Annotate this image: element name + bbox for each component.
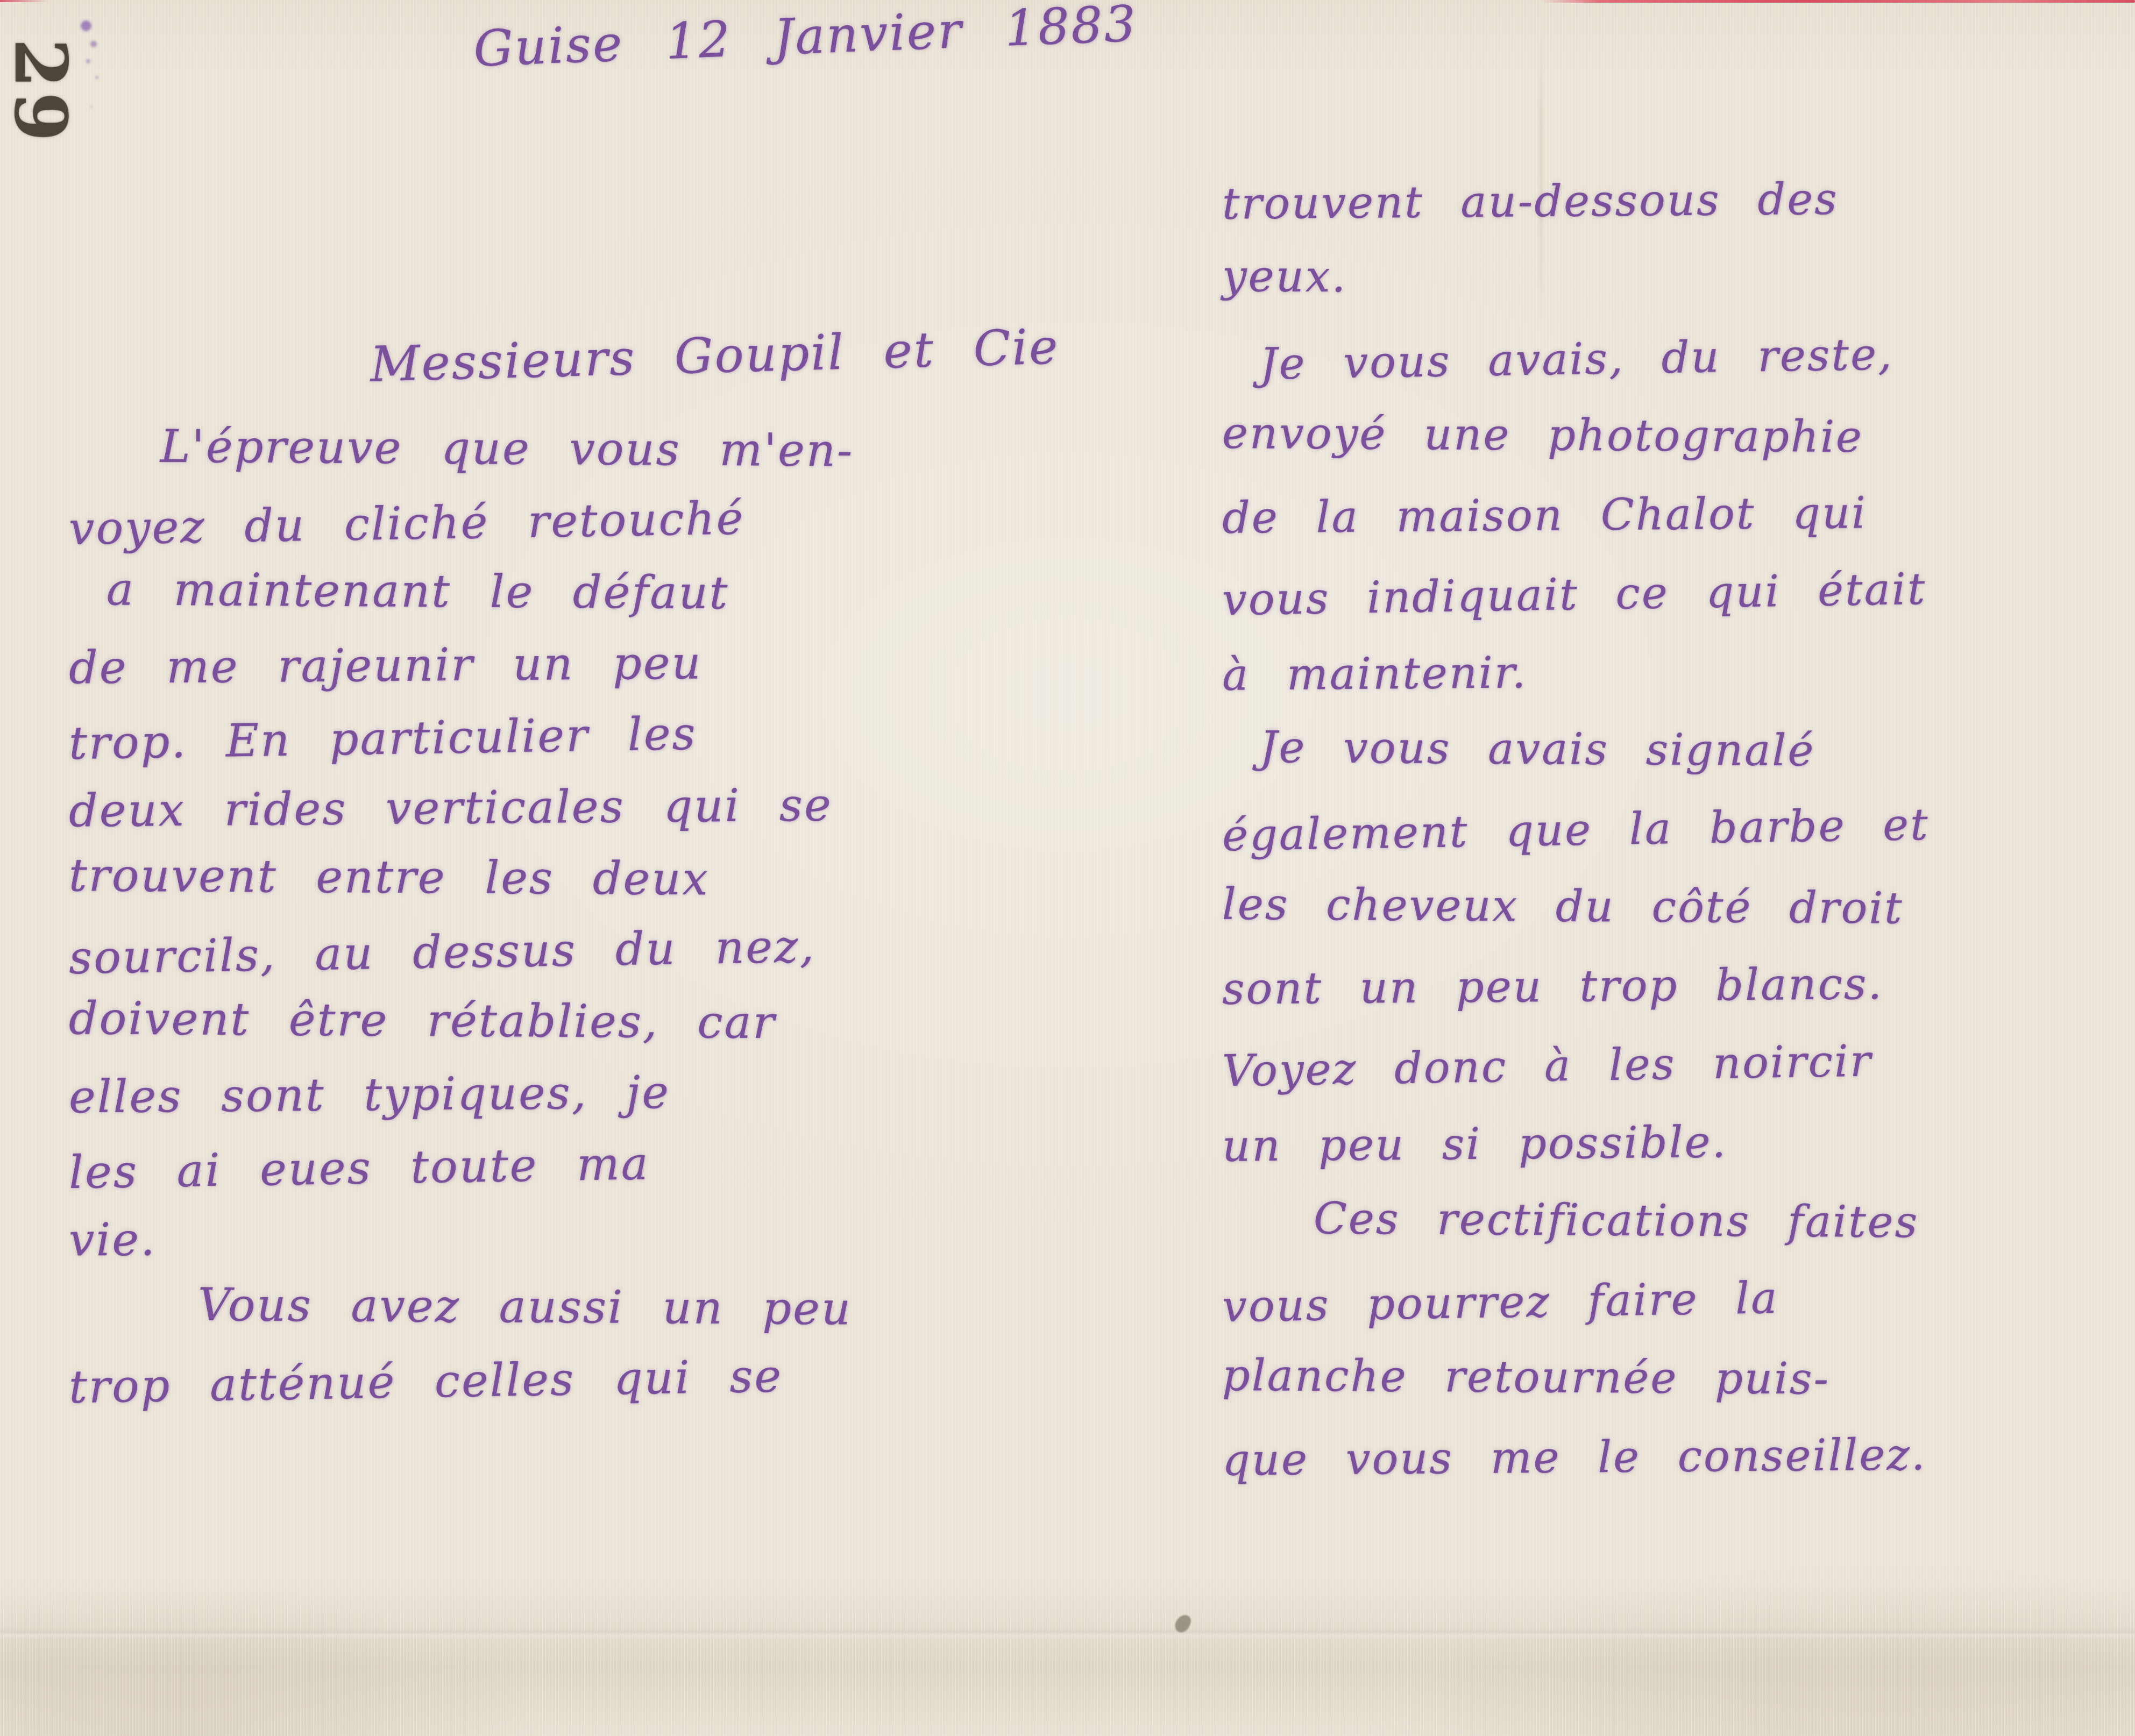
handwritten-line: vie. xyxy=(69,1196,1102,1276)
handwritten-line: sourcils, au dessus du nez, xyxy=(68,906,1102,994)
handwritten-line: deux rides verticales qui se xyxy=(69,767,1102,846)
handwritten-line: vous indiquait ce qui était xyxy=(1222,547,2131,639)
salutation-line: Messieurs Goupil et Cie xyxy=(370,317,1102,393)
handwritten-line: Je vous avais, du reste, xyxy=(1259,311,2131,403)
handwritten-line: yeux. xyxy=(1222,237,2131,321)
handwritten-line: trop atténué celles qui se xyxy=(68,1335,1102,1423)
handwritten-line: que vous me le conseillez. xyxy=(1222,1414,2130,1499)
right-page-column: trouvent au-dessous des yeux. Je vous av… xyxy=(1222,161,2130,1496)
handwritten-line: Ces rectifications faites xyxy=(1314,1179,2131,1263)
handwritten-line: également que la barbe et xyxy=(1222,782,2131,875)
handwritten-line: sont un peu trop blancs. xyxy=(1222,943,2130,1028)
handwritten-line: vous pourrez faire la xyxy=(1222,1254,2131,1346)
letter-sheet: 29 Guise 12 Janvier 1883 Messieurs Goupi… xyxy=(0,0,2135,1736)
handwritten-line: trop. En particulier les xyxy=(68,692,1102,779)
handwritten-line: un peu si possible. xyxy=(1222,1100,2130,1185)
handwritten-line: Je vous avais signalé xyxy=(1260,708,2131,792)
bottom-crease xyxy=(0,1631,2135,1638)
dateline: Guise 12 Janvier 1883 xyxy=(472,0,1138,78)
handwritten-line: de me rajeunir un peu xyxy=(69,624,1102,703)
handwritten-line: trouvent entre les deux xyxy=(69,839,1102,917)
handwritten-line: L'épreuve que vous m'en- xyxy=(160,411,1102,488)
handwritten-line: doivent être rétablies, car xyxy=(69,983,1102,1061)
handwritten-line: de la maison Chalot qui xyxy=(1222,472,2130,557)
handwritten-line: a maintenant le défaut xyxy=(107,553,1102,631)
page-number-stamp: 29 xyxy=(0,39,82,125)
handwritten-line: trouvent au-dessous des xyxy=(1222,158,2130,243)
corner-red-sliver xyxy=(0,0,48,2)
handwritten-line: à maintenir. xyxy=(1222,629,2130,714)
handwritten-line: Voyez donc à les noircir xyxy=(1222,1018,2131,1111)
handwritten-line: Vous avez aussi un peu xyxy=(198,1269,1102,1346)
handwritten-line: planche retournée puis- xyxy=(1222,1336,2131,1420)
handwritten-line: les cheveux du côté droit xyxy=(1222,865,2131,949)
handwritten-line: les ai eues toute ma xyxy=(68,1121,1102,1208)
handwritten-line: envoyé une photographie xyxy=(1222,394,2131,478)
left-page-column: Messieurs Goupil et Cie L'épreuve que vo… xyxy=(69,327,1102,1415)
ink-smudge xyxy=(81,20,91,31)
paper-edge-red-line xyxy=(1541,0,2135,3)
handwritten-line: elles sont typiques, je xyxy=(69,1053,1102,1133)
handwritten-line: voyez du cliché retouché xyxy=(68,477,1102,565)
